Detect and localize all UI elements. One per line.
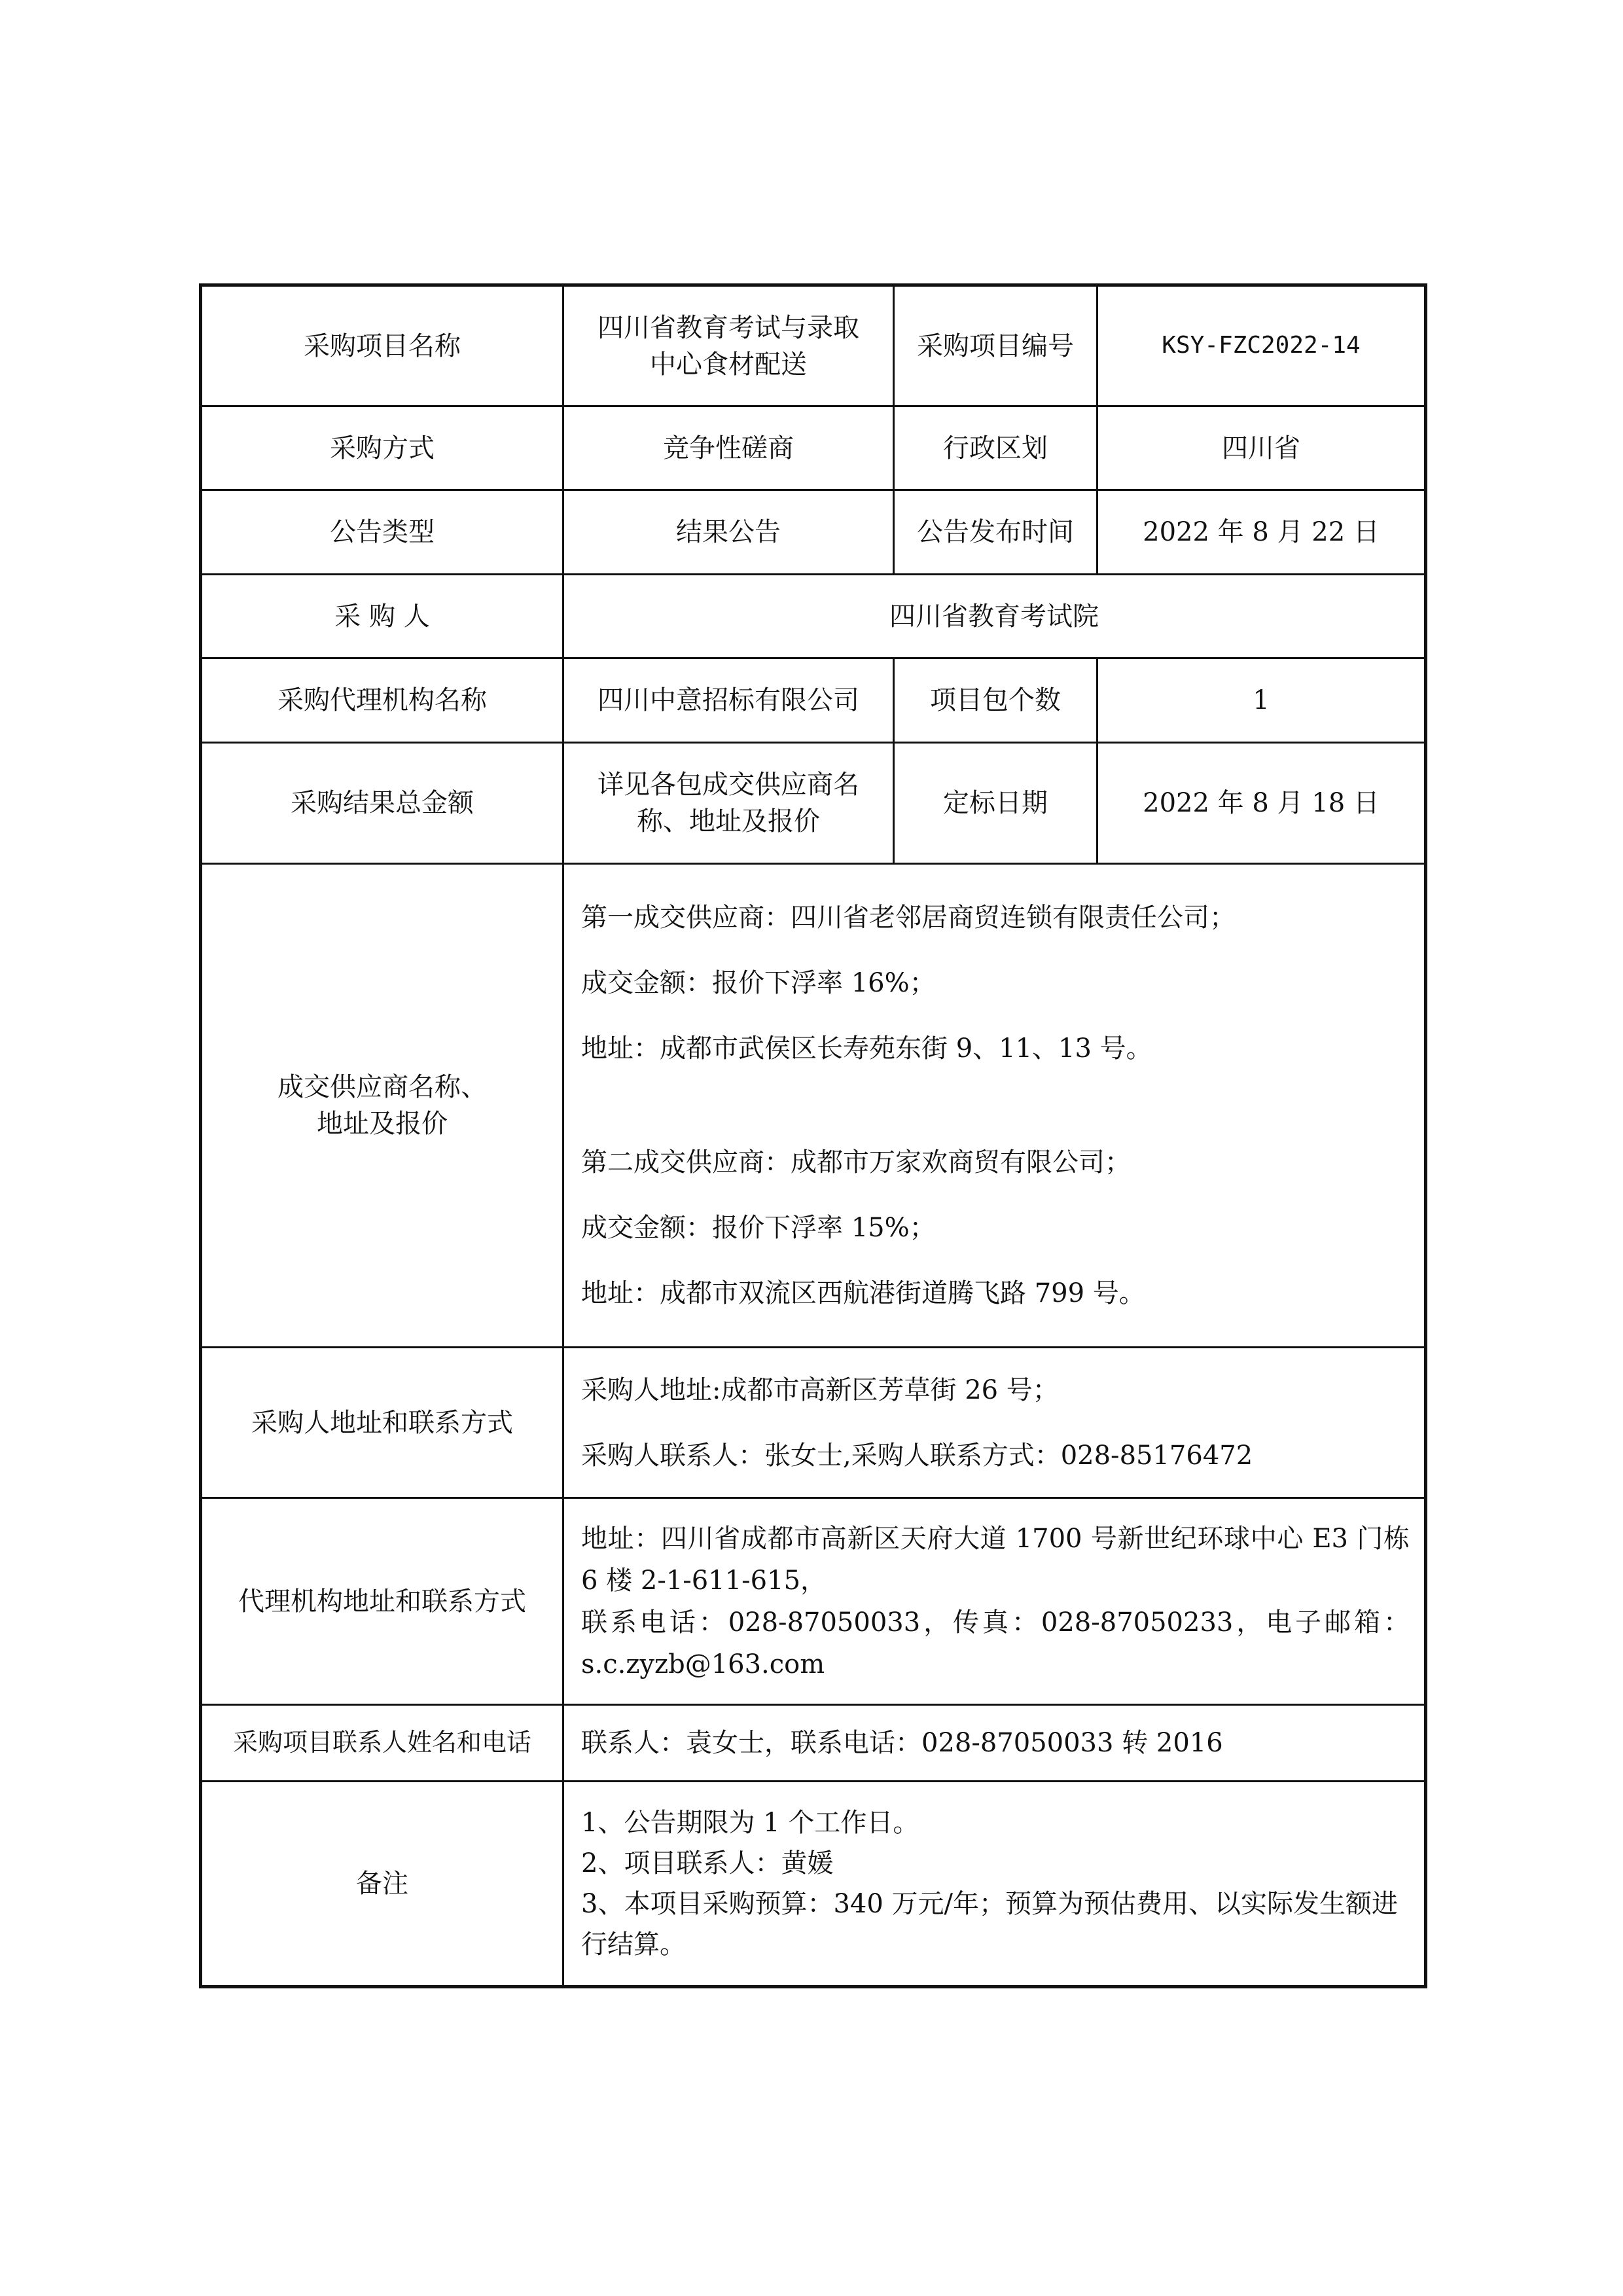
label-agency-name: 采购代理机构名称: [201, 658, 563, 743]
value-total-amount: 详见各包成交供应商名称、地址及报价: [563, 743, 894, 864]
row-suppliers: 成交供应商名称、 地址及报价 第一成交供应商：四川省老邻居商贸连锁有限责任公司；…: [201, 864, 1426, 1348]
supplier-2-address: 地址：成都市双流区西航港街道腾飞路 799 号。: [581, 1275, 1410, 1312]
value-package-count: 1: [1097, 658, 1426, 743]
label-remarks: 备注: [201, 1782, 563, 1987]
procurement-result-table: 采购项目名称 四川省教育考试与录取中心食材配送 采购项目编号 KSY-FZC20…: [199, 283, 1427, 1988]
value-publish-time: 2022 年 8 月 22 日: [1097, 490, 1426, 575]
label-award-date: 定标日期: [894, 743, 1097, 864]
value-region: 四川省: [1097, 406, 1426, 490]
purchaser-phone: 采购人联系人：张女士,采购人联系方式：028-85176472: [581, 1437, 1410, 1474]
label-project-contact: 采购项目联系人姓名和电话: [201, 1705, 563, 1782]
value-project-name: 四川省教育考试与录取中心食材配送: [563, 285, 894, 406]
row-purchaser: 采 购 人 四川省教育考试院: [201, 575, 1426, 658]
supplier-1-address: 地址：成都市武侯区长寿苑东街 9、11、13 号。: [581, 1030, 1410, 1067]
label-suppliers-line2: 地址及报价: [217, 1105, 548, 1142]
value-project-contact: 联系人：袁女士，联系电话：028-87050033 转 2016: [563, 1705, 1426, 1782]
purchaser-address: 采购人地址:成都市高新区芳草街 26 号；: [581, 1372, 1410, 1408]
value-remarks: 1、公告期限为 1 个工作日。 2、项目联系人：黄媛 3、本项目采购预算：340…: [563, 1782, 1426, 1987]
label-region: 行政区划: [894, 406, 1097, 490]
agency-phone-email: 联系电话：028-87050033，传真：028-87050233，电子邮箱：s…: [581, 1602, 1410, 1685]
label-agency-contact: 代理机构地址和联系方式: [201, 1498, 563, 1705]
label-suppliers-line1: 成交供应商名称、: [217, 1069, 548, 1105]
supplier-1-name: 第一成交供应商：四川省老邻居商贸连锁有限责任公司；: [581, 899, 1410, 936]
agency-address: 地址：四川省成都市高新区天府大道 1700 号新世纪环球中心 E3 门栋 6 楼…: [581, 1518, 1410, 1602]
supplier-block-1: 第一成交供应商：四川省老邻居商贸连锁有限责任公司； 成交金额：报价下浮率 16%…: [581, 899, 1410, 1067]
supplier-2-name: 第二成交供应商：成都市万家欢商贸有限公司；: [581, 1144, 1410, 1181]
label-suppliers: 成交供应商名称、 地址及报价: [201, 864, 563, 1348]
supplier-1-amount: 成交金额：报价下浮率 16%；: [581, 965, 1410, 1001]
row-project: 采购项目名称 四川省教育考试与录取中心食材配送 采购项目编号 KSY-FZC20…: [201, 285, 1426, 406]
label-procurement-method: 采购方式: [201, 406, 563, 490]
label-total-amount: 采购结果总金额: [201, 743, 563, 864]
row-announcement: 公告类型 结果公告 公告发布时间 2022 年 8 月 22 日: [201, 490, 1426, 575]
value-agency-contact: 地址：四川省成都市高新区天府大道 1700 号新世纪环球中心 E3 门栋 6 楼…: [563, 1498, 1426, 1705]
value-announcement-type: 结果公告: [563, 490, 894, 575]
row-method: 采购方式 竞争性磋商 行政区划 四川省: [201, 406, 1426, 490]
label-announcement-type: 公告类型: [201, 490, 563, 575]
supplier-2-amount: 成交金额：报价下浮率 15%；: [581, 1210, 1410, 1246]
value-purchaser: 四川省教育考试院: [563, 575, 1426, 658]
row-project-contact: 采购项目联系人姓名和电话 联系人：袁女士，联系电话：028-87050033 转…: [201, 1705, 1426, 1782]
supplier-block-2: 第二成交供应商：成都市万家欢商贸有限公司； 成交金额：报价下浮率 15%； 地址…: [581, 1144, 1410, 1312]
value-award-date: 2022 年 8 月 18 日: [1097, 743, 1426, 864]
value-suppliers: 第一成交供应商：四川省老邻居商贸连锁有限责任公司； 成交金额：报价下浮率 16%…: [563, 864, 1426, 1348]
row-purchaser-contact: 采购人地址和联系方式 采购人地址:成都市高新区芳草街 26 号； 采购人联系人：…: [201, 1348, 1426, 1498]
value-purchaser-contact: 采购人地址:成都市高新区芳草街 26 号； 采购人联系人：张女士,采购人联系方式…: [563, 1348, 1426, 1498]
row-result: 采购结果总金额 详见各包成交供应商名称、地址及报价 定标日期 2022 年 8 …: [201, 743, 1426, 864]
label-purchaser-contact: 采购人地址和联系方式: [201, 1348, 563, 1498]
label-publish-time: 公告发布时间: [894, 490, 1097, 575]
row-remarks: 备注 1、公告期限为 1 个工作日。 2、项目联系人：黄媛 3、本项目采购预算：…: [201, 1782, 1426, 1987]
row-agency: 采购代理机构名称 四川中意招标有限公司 项目包个数 1: [201, 658, 1426, 743]
value-agency-name: 四川中意招标有限公司: [563, 658, 894, 743]
label-purchaser: 采 购 人: [201, 575, 563, 658]
label-project-number: 采购项目编号: [894, 285, 1097, 406]
remark-1: 1、公告期限为 1 个工作日。: [581, 1803, 1410, 1843]
remark-3: 3、本项目采购预算：340 万元/年；预算为预估费用、以实际发生额进行结算。: [581, 1884, 1410, 1965]
row-agency-contact: 代理机构地址和联系方式 地址：四川省成都市高新区天府大道 1700 号新世纪环球…: [201, 1498, 1426, 1705]
label-project-name: 采购项目名称: [201, 285, 563, 406]
value-project-number: KSY-FZC2022-14: [1097, 285, 1426, 406]
remark-2: 2、项目联系人：黄媛: [581, 1843, 1410, 1884]
value-procurement-method: 竞争性磋商: [563, 406, 894, 490]
label-package-count: 项目包个数: [894, 658, 1097, 743]
